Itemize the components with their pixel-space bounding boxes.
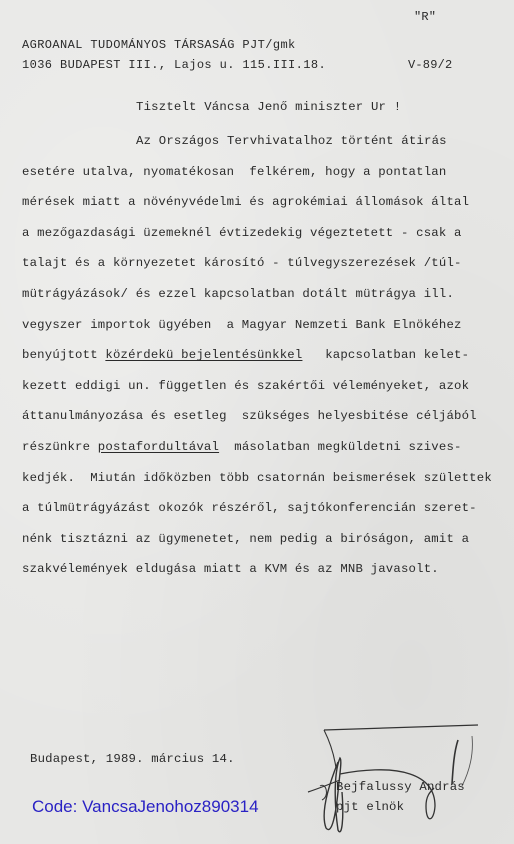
sender-address: 1036 BUDAPEST III., Lajos u. 115.III.18.	[22, 58, 326, 72]
body-line: talajt és a környezetet károsító - túlve…	[22, 256, 462, 270]
body-line: vegyszer importok ügyében a Magyar Nemze…	[22, 318, 462, 332]
body-line: kedjék. Miután időközben több csatornán …	[22, 471, 492, 485]
body-text: benyújtott	[22, 348, 105, 362]
salutation: Tisztelt Váncsa Jenő miniszter Ur !	[136, 100, 401, 114]
body-line: benyújtott közérdekü bejelentésünkkel ka…	[22, 348, 469, 362]
body-line: a mezőgazdasági üzemeknél évtizedekig vé…	[22, 226, 462, 240]
body-line: a túlmütrágyázást okozók részéről, sajtó…	[22, 501, 477, 515]
signer-name: Bejfalussy András	[336, 780, 465, 794]
underlined-phrase: postafordultával	[98, 440, 219, 454]
body-line: mérések miatt a növényvédelmi és agrokém…	[22, 195, 469, 209]
signer-title: pjt elnök	[336, 800, 404, 814]
body-line: esetére utalva, nyomatékosan felkérem, h…	[22, 165, 446, 179]
date-line: Budapest, 1989. március 14.	[30, 752, 235, 766]
sender-organization: AGROANAL TUDOMÁNYOS TÁRSASÁG PJT/gmk	[22, 38, 296, 52]
body-text: kapcsolatban kelet-	[302, 348, 469, 362]
body-line: áttanulmányozása és esetleg szükséges he…	[22, 409, 477, 423]
reference-number: V-89/2	[408, 58, 452, 72]
body-text: másolatban megküldetni szives-	[219, 440, 462, 454]
body-line: nénk tisztázni az ügymenetet, nem pedig …	[22, 532, 469, 546]
body-line: Az Országos Tervhivatalhoz történt átirá…	[136, 134, 447, 148]
body-line: kezett eddigi un. független és szakértői…	[22, 379, 469, 393]
body-text: részünkre	[22, 440, 98, 454]
body-line: részünkre postafordultával másolatban me…	[22, 440, 462, 454]
scanned-letter-page: "R" AGROANAL TUDOMÁNYOS TÁRSASÁG PJT/gmk…	[0, 0, 514, 844]
document-code-label: Code: VancsaJenohoz890314	[32, 797, 259, 817]
document-mark: "R"	[414, 10, 436, 24]
body-line: szakvélemények eldugása miatt a KVM és a…	[22, 562, 439, 576]
underlined-phrase: közérdekü bejelentésünkkel	[105, 348, 302, 362]
body-line: mütrágyázások/ és ezzel kapcsolatban dot…	[22, 287, 454, 301]
